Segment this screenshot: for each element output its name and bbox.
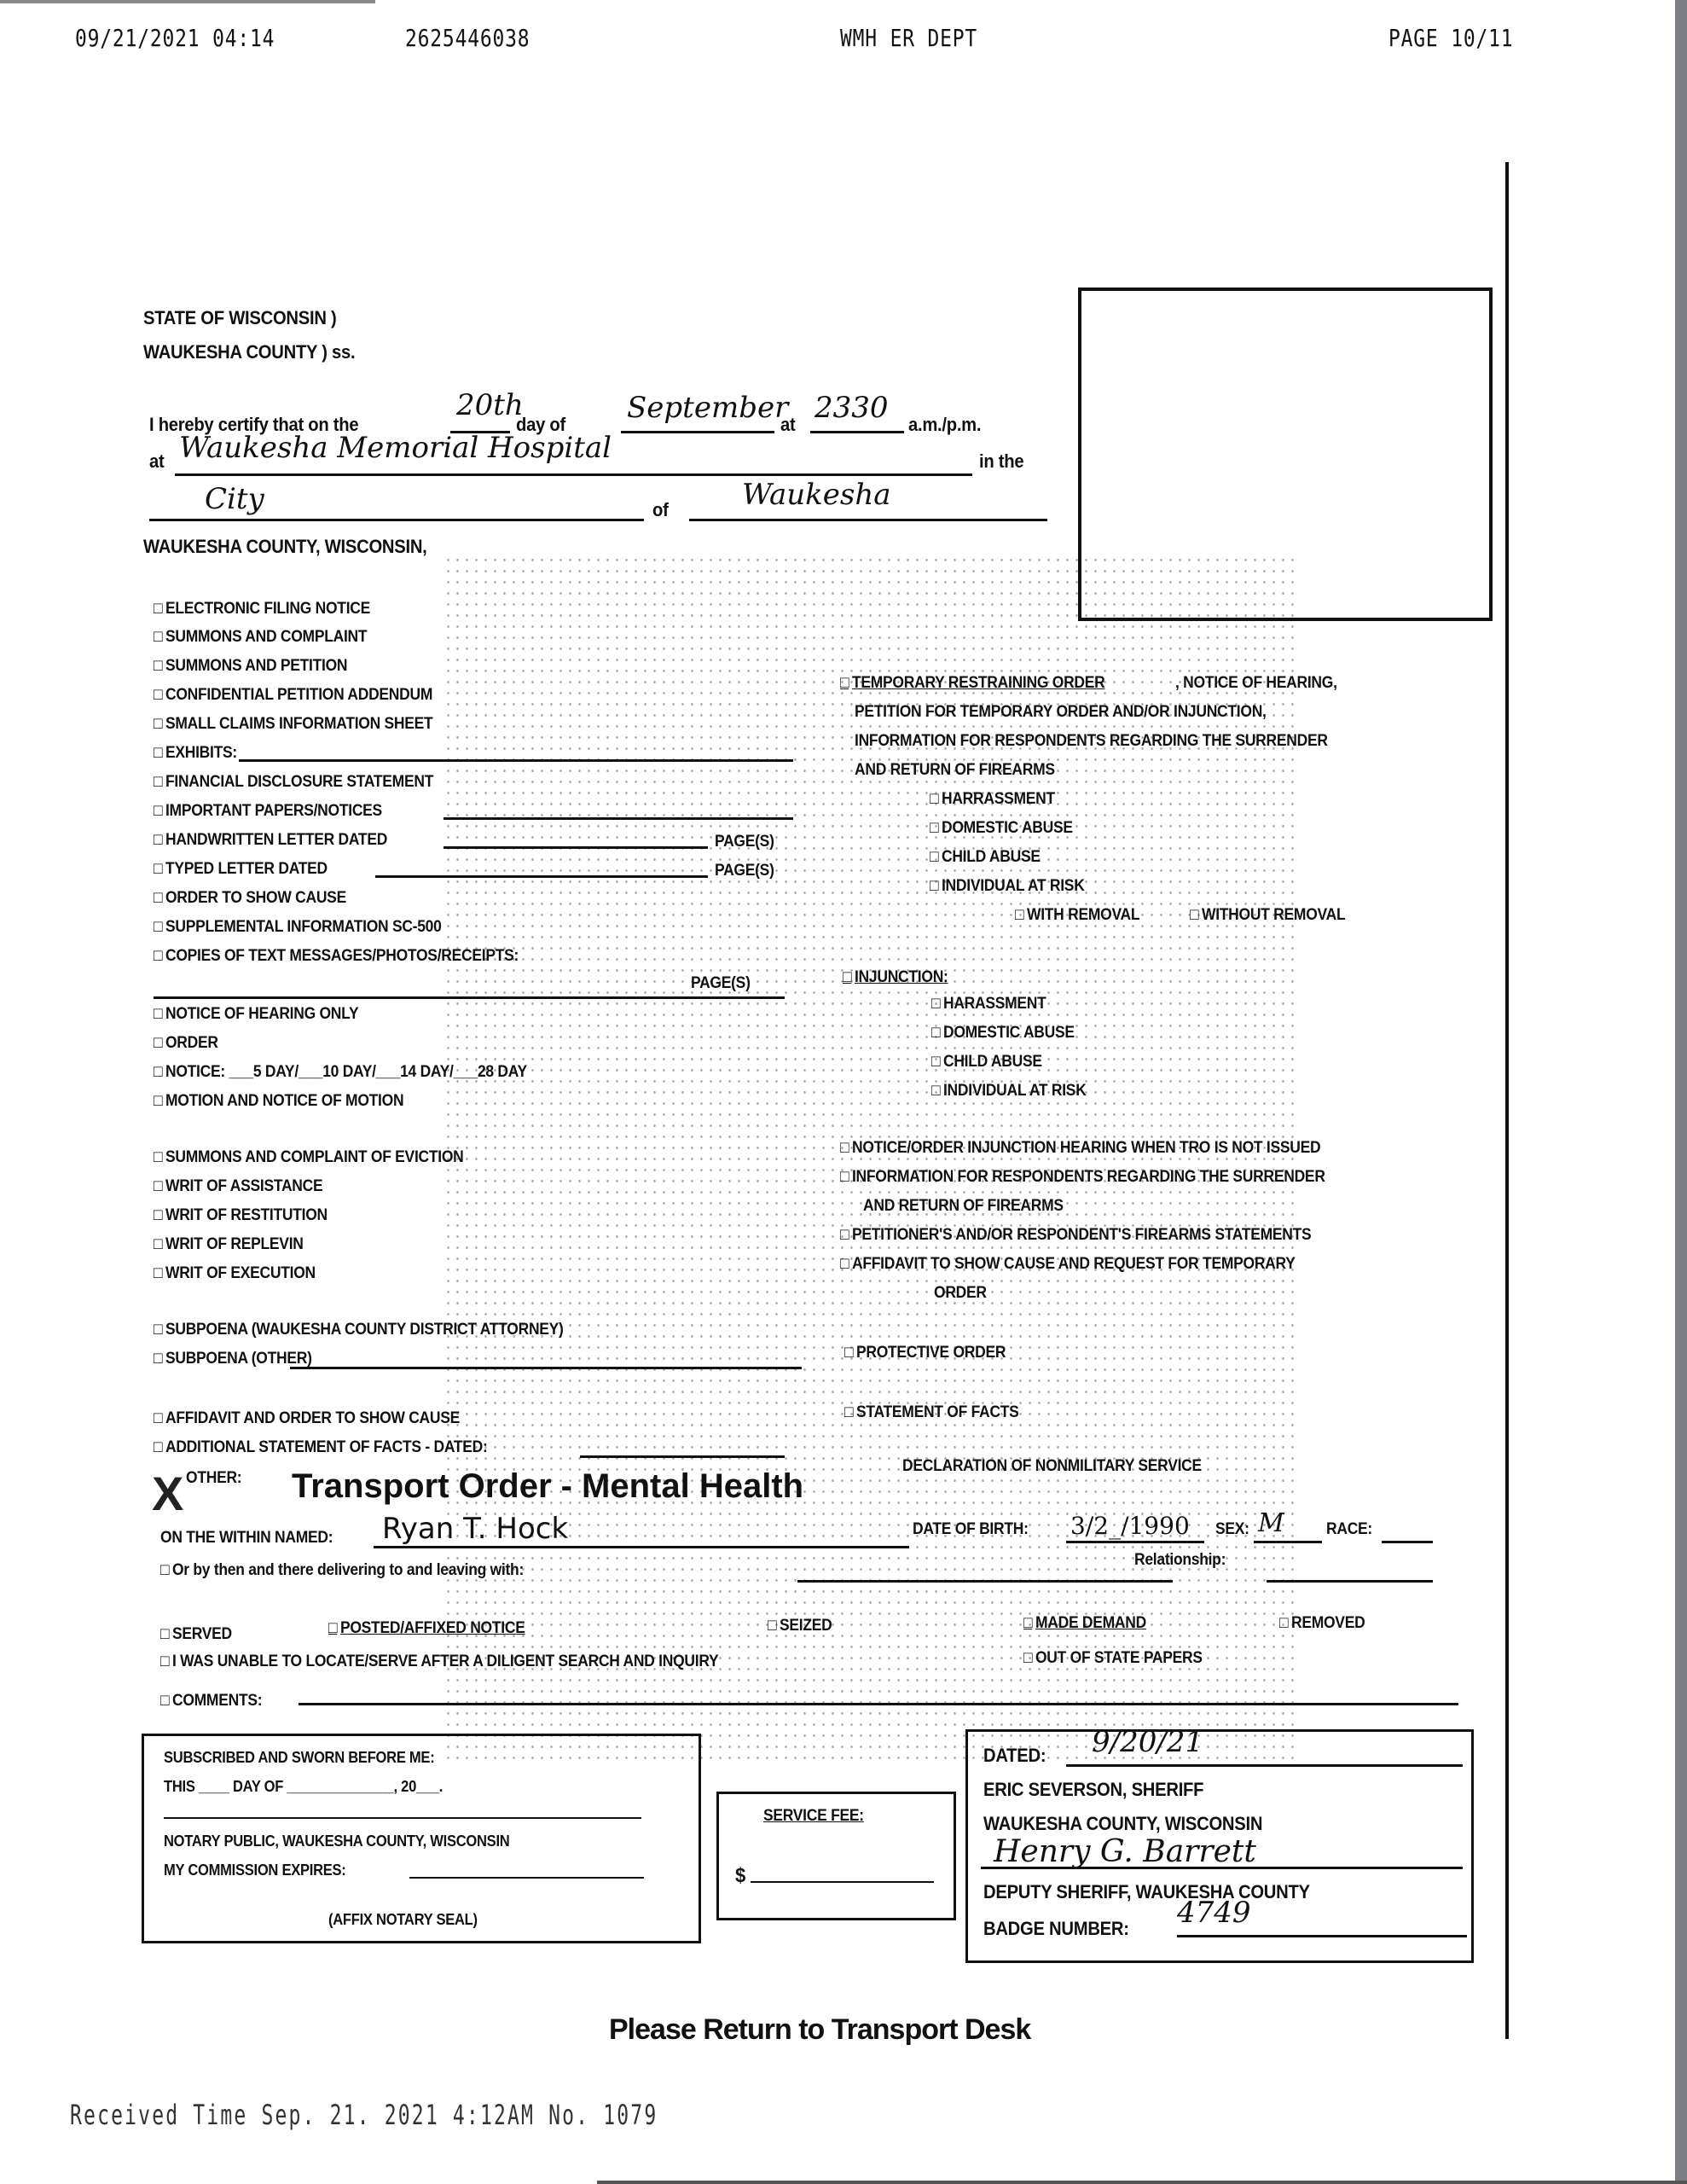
named-label: ON THE WITHIN NAMED: xyxy=(160,1529,333,1548)
checkbox-left-12[interactable]: COPIES OF TEXT MESSAGES/PHOTOS/RECEIPTS: xyxy=(154,947,519,966)
dated-label: DATED: xyxy=(983,1745,1046,1767)
checkbox-statement-of-facts[interactable]: STATEMENT OF FACTS xyxy=(844,1403,1019,1422)
fax-sender: WMH ER DEPT xyxy=(840,24,977,52)
checkbox-notice-1[interactable]: ORDER xyxy=(154,1034,218,1053)
sex-value: M xyxy=(1258,1508,1284,1538)
checkbox-notice-3[interactable]: MOTION AND NOTICE OF MOTION xyxy=(154,1092,403,1111)
venue-state: STATE OF WISCONSIN ) xyxy=(143,307,336,329)
deputy-label: DEPUTY SHERIFF, WAUKESHA COUNTY xyxy=(983,1881,1310,1903)
checkbox-tro-sub-2[interactable]: CHILD ABUSE xyxy=(930,848,1041,867)
tro-line-2: PETITION FOR TEMPORARY ORDER AND/OR INJU… xyxy=(855,703,1267,722)
service-fee-currency: $ xyxy=(735,1864,745,1888)
unable-checkbox[interactable]: I WAS UNABLE TO LOCATE/SERVE AFTER A DIL… xyxy=(160,1653,718,1671)
checkbox-injunction[interactable]: INJUNCTION: xyxy=(843,968,948,987)
badge-value: 4749 xyxy=(1177,1896,1251,1930)
checkbox-eviction-4[interactable]: WRIT OF EXECUTION xyxy=(154,1264,316,1283)
checkbox-left-4[interactable]: SMALL CLAIMS INFORMATION SHEET xyxy=(154,715,432,734)
venue-county: WAUKESHA COUNTY ) ss. xyxy=(143,341,355,363)
checkbox-left-5[interactable]: EXHIBITS: xyxy=(154,744,237,763)
delivered-checkbox[interactable]: Or by then and there delivering to and l… xyxy=(160,1561,524,1580)
fax-phone: 2625446038 xyxy=(405,24,530,52)
cert-ampm: a.m./p.m. xyxy=(908,414,981,436)
checkbox-tro-sub-1[interactable]: DOMESTIC ABUSE xyxy=(930,819,1073,838)
dob-line xyxy=(1066,1541,1204,1543)
checkbox-subpoena-0[interactable]: SUBPOENA (WAUKESHA COUNTY DISTRICT ATTOR… xyxy=(154,1321,564,1339)
notary-signature-line xyxy=(164,1817,641,1819)
checkbox-firearms-statements[interactable]: PETITIONER'S AND/OR RESPONDENT'S FIREARM… xyxy=(840,1226,1311,1245)
posted-checkbox[interactable]: POSTED/AFFIXED NOTICE xyxy=(328,1619,525,1638)
seized-checkbox[interactable]: SEIZED xyxy=(768,1617,832,1635)
checkbox-injunction-sub-0[interactable]: HARASSMENT xyxy=(931,995,1046,1014)
subject-name: Ryan T. Hock xyxy=(382,1512,568,1546)
relationship-label: Relationship: xyxy=(1134,1551,1226,1570)
cert-municipality-type: City xyxy=(205,482,264,516)
checkbox-with-removal[interactable]: WITH REMOVAL xyxy=(1015,906,1139,925)
notary-line1: SUBSCRIBED AND SWORN BEFORE ME: xyxy=(164,1749,434,1767)
checkbox-left-0[interactable]: ELECTRONIC FILING NOTICE xyxy=(154,600,370,619)
checkbox-eviction-0[interactable]: SUMMONS AND COMPLAINT OF EVICTION xyxy=(154,1148,464,1167)
checkbox-eviction-2[interactable]: WRIT OF RESTITUTION xyxy=(154,1206,328,1225)
checkbox-notice-order-injunction[interactable]: NOTICE/ORDER INJUNCTION HEARING WHEN TRO… xyxy=(840,1139,1320,1158)
race-label: RACE: xyxy=(1326,1520,1372,1539)
service-fee-label: SERVICE FEE: xyxy=(763,1807,864,1826)
checkbox-left-9[interactable]: TYPED LETTER DATED xyxy=(154,860,328,879)
papers-line xyxy=(443,817,793,820)
tro-line-1b: , NOTICE OF HEARING, xyxy=(1175,674,1337,693)
other-checked-mark[interactable]: X xyxy=(152,1466,183,1521)
cert-of: of xyxy=(652,499,669,521)
checkbox-left-7[interactable]: IMPORTANT PAPERS/NOTICES xyxy=(154,802,382,821)
exhibits-line xyxy=(239,759,793,762)
margin-rule xyxy=(1505,162,1509,2039)
checkbox-affidavit-1[interactable]: ADDITIONAL STATEMENT OF FACTS - DATED: xyxy=(154,1438,488,1457)
muni-type-line xyxy=(149,519,644,521)
served-checkbox[interactable]: SERVED xyxy=(160,1625,232,1644)
month-line xyxy=(621,431,774,433)
declaration-label: DECLARATION OF NONMILITARY SERVICE xyxy=(902,1457,1202,1476)
copies-line xyxy=(154,996,785,999)
cert-month: September xyxy=(627,391,788,425)
badge-line xyxy=(1177,1935,1467,1937)
comments-label: COMMENTS: xyxy=(160,1692,262,1711)
service-fee-line xyxy=(751,1881,934,1883)
badge-label: BADGE NUMBER: xyxy=(983,1918,1129,1940)
checkbox-tro-sub-0[interactable]: HARRASSMENT xyxy=(930,790,1055,809)
checkbox-injunction-sub-1[interactable]: DOMESTIC ABUSE xyxy=(931,1024,1075,1043)
tro-line-4: AND RETURN OF FIREARMS xyxy=(855,761,1055,780)
notary-line3: NOTARY PUBLIC, WAUKESHA COUNTY, WISCONSI… xyxy=(164,1833,509,1850)
checkbox-notice-2[interactable]: NOTICE: ___5 DAY/___10 DAY/___14 DAY/___… xyxy=(154,1063,527,1082)
sex-label: SEX: xyxy=(1215,1520,1249,1539)
commission-line xyxy=(409,1877,644,1879)
checkbox-injunction-sub-2[interactable]: CHILD ABUSE xyxy=(931,1053,1042,1072)
typed-line xyxy=(375,875,708,878)
cert-at2: at xyxy=(149,450,164,473)
sheriff-county: WAUKESHA COUNTY, WISCONSIN xyxy=(983,1813,1262,1835)
cert-at: at xyxy=(780,414,795,436)
cert-time: 2330 xyxy=(815,391,889,425)
checkbox-eviction-3[interactable]: WRIT OF REPLEVIN xyxy=(154,1235,304,1254)
place-line xyxy=(175,473,972,476)
cert-day: 20th xyxy=(456,388,524,422)
tro-line-3: INFORMATION FOR RESPONDENTS REGARDING TH… xyxy=(855,732,1328,751)
other-value: Transport Order - Mental Health xyxy=(292,1467,803,1506)
checkbox-left-8[interactable]: HANDWRITTEN LETTER DATED xyxy=(154,831,387,850)
checkbox-left-2[interactable]: SUMMONS AND PETITION xyxy=(154,657,347,676)
checkbox-info-respondents[interactable]: INFORMATION FOR RESPONDENTS REGARDING TH… xyxy=(840,1168,1325,1187)
deputy-signature: Henry G. Barrett xyxy=(994,1834,1256,1869)
return-instruction: Please Return to Transport Desk xyxy=(609,2013,1030,2047)
checkbox-left-10[interactable]: ORDER TO SHOW CAUSE xyxy=(154,889,346,908)
checkbox-eviction-1[interactable]: WRIT OF ASSISTANCE xyxy=(154,1177,322,1196)
checkbox-left-6[interactable]: FINANCIAL DISCLOSURE STATEMENT xyxy=(154,773,433,792)
cert-county-line: WAUKESHA COUNTY, WISCONSIN, xyxy=(143,536,427,558)
fax-received-time: Received Time Sep. 21. 2021 4:12AM No. 1… xyxy=(70,2099,658,2131)
handwritten-line xyxy=(443,846,708,849)
fax-page: PAGE 10/11 xyxy=(1388,24,1513,52)
notary-line2: THIS ____ DAY OF ______________, 20___. xyxy=(164,1778,443,1796)
notary-line5: (AFFIX NOTARY SEAL) xyxy=(328,1911,478,1929)
relationship-line xyxy=(1267,1580,1433,1583)
delivered-line xyxy=(797,1580,1173,1583)
sex-line xyxy=(1254,1541,1322,1543)
other-label: OTHER: xyxy=(186,1469,241,1488)
cert-municipality: Waukesha xyxy=(742,478,891,512)
checkbox-left-1[interactable]: SUMMONS AND COMPLAINT xyxy=(154,628,367,647)
pages-label: PAGE(S) xyxy=(715,862,774,880)
checkbox-without-removal[interactable]: WITHOUT REMOVAL xyxy=(1190,906,1345,925)
checkbox-left-3[interactable]: CONFIDENTIAL PETITION ADDENDUM xyxy=(154,686,432,705)
sheriff-name: ERIC SEVERSON, SHERIFF xyxy=(983,1779,1203,1801)
cert-place: Waukesha Memorial Hospital xyxy=(179,431,612,465)
cert-in-the: in the xyxy=(979,450,1023,473)
notary-line4: MY COMMISSION EXPIRES: xyxy=(164,1862,346,1879)
out-of-state-checkbox[interactable]: OUT OF STATE PAPERS xyxy=(1023,1649,1203,1668)
checkbox-protective-order[interactable]: PROTECTIVE ORDER xyxy=(844,1344,1006,1362)
dated-value: 9/20/21 xyxy=(1092,1725,1203,1759)
checkbox-notice-0[interactable]: NOTICE OF HEARING ONLY xyxy=(154,1005,358,1024)
race-line xyxy=(1382,1541,1433,1543)
comments-field[interactable] xyxy=(299,1703,1458,1705)
dob-label: DATE OF BIRTH: xyxy=(913,1520,1029,1539)
checkbox-affidavit-0[interactable]: AFFIDAVIT AND ORDER TO SHOW CAUSE xyxy=(154,1409,460,1428)
signature-line xyxy=(981,1867,1463,1869)
checkbox-affidavit-show-cause[interactable]: AFFIDAVIT TO SHOW CAUSE AND REQUEST FOR … xyxy=(840,1255,1296,1274)
checkbox-tro[interactable]: TEMPORARY RESTRAINING ORDER xyxy=(840,674,1105,693)
checkbox-injunction-sub-3[interactable]: INDIVIDUAL AT RISK xyxy=(931,1082,1087,1101)
scan-edge-right xyxy=(1675,0,1687,2184)
removed-checkbox[interactable]: REMOVED xyxy=(1279,1614,1365,1633)
checkbox-subpoena-1[interactable]: SUBPOENA (OTHER) xyxy=(154,1350,312,1368)
name-line xyxy=(374,1546,909,1548)
info-respondents-line-2: AND RETURN OF FIREARMS xyxy=(863,1197,1064,1216)
checkbox-tro-sub-3[interactable]: INDIVIDUAL AT RISK xyxy=(930,877,1085,896)
affidavit-show-cause-line-2: ORDER xyxy=(934,1284,987,1303)
court-stamp-box xyxy=(1078,288,1493,621)
dated-line xyxy=(1066,1764,1463,1767)
scan-edge-top xyxy=(0,0,375,3)
subpoena-other-line xyxy=(290,1367,802,1369)
fax-datetime: 09/21/2021 04:14 xyxy=(75,24,275,52)
pages-label: PAGE(S) xyxy=(691,974,751,993)
dob-value: 3/2_/1990 xyxy=(1070,1512,1190,1540)
additional-dated-line xyxy=(580,1455,785,1458)
muni-line xyxy=(689,519,1047,521)
checkbox-left-11[interactable]: SUPPLEMENTAL INFORMATION SC-500 xyxy=(154,918,442,937)
made-demand-checkbox[interactable]: MADE DEMAND xyxy=(1023,1614,1146,1633)
time-line xyxy=(810,431,904,433)
scan-edge-bottom xyxy=(597,2181,1687,2184)
pages-label: PAGE(S) xyxy=(715,833,774,851)
